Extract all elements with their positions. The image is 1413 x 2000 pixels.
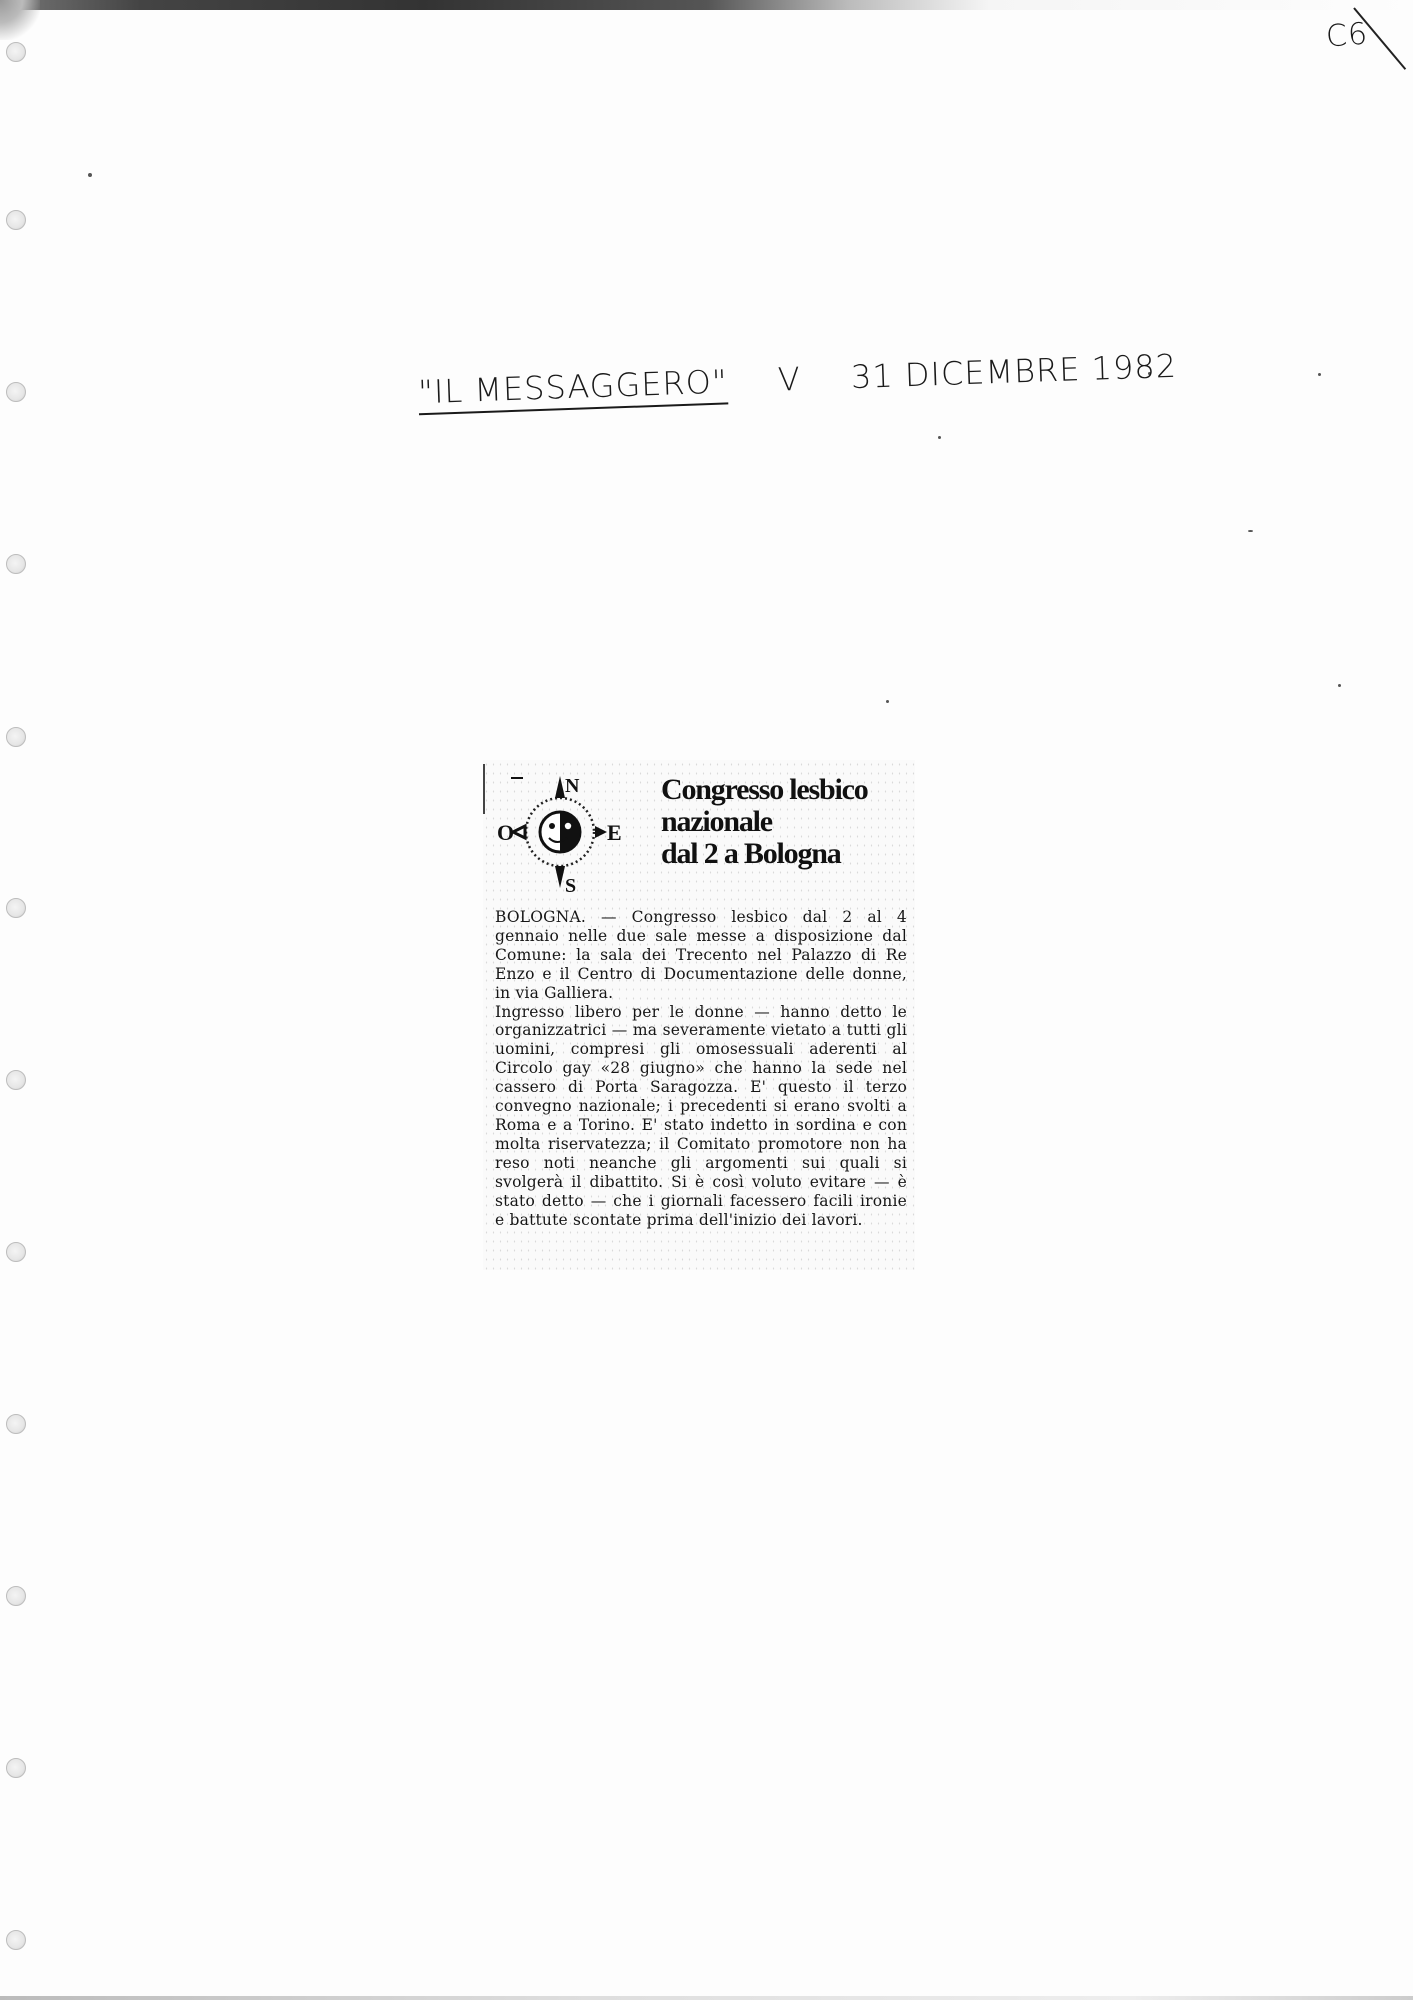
scan-speck — [1318, 373, 1321, 376]
punch-hole — [6, 1586, 26, 1606]
compass-west-label: O — [497, 820, 514, 845]
clipping-edge — [483, 764, 485, 814]
source-note: "IL MESSAGGERO" V 31 DICEMBRE 1982 — [418, 347, 1178, 411]
headline-line: nazionale — [661, 806, 911, 838]
scan-speck — [938, 436, 941, 439]
punch-hole — [6, 1758, 26, 1778]
source-date: 31 DICEMBRE 1982 — [850, 347, 1177, 396]
newspaper-name: "IL MESSAGGERO" — [418, 362, 729, 411]
scan-shadow-top — [0, 0, 1413, 10]
scan-speck — [1338, 684, 1341, 687]
compass-east-label: E — [607, 820, 622, 845]
compass-north-label: N — [565, 775, 580, 797]
compass-rose-icon: N O E S — [495, 770, 625, 895]
headline-line: Congresso lesbico — [661, 774, 911, 806]
catalogue-mark: C6 — [1325, 17, 1369, 55]
article-paragraph: BOLOGNA. — Congresso lesbico dal 2 al 4 … — [495, 908, 907, 1003]
punch-hole — [6, 1242, 26, 1262]
compass-south-label: S — [565, 875, 576, 895]
punch-hole — [6, 554, 26, 574]
punch-hole — [6, 1070, 26, 1090]
article-paragraph: Ingresso libero per le donne — hanno det… — [495, 1003, 907, 1230]
scan-speck — [88, 173, 92, 177]
punch-hole — [6, 727, 26, 747]
check-mark: V — [777, 360, 801, 399]
scan-speck — [886, 700, 889, 703]
newspaper-clipping: N O E S Congresso lesbico nazionale dal … — [483, 760, 915, 1270]
punch-hole — [6, 42, 26, 62]
punch-hole — [6, 1414, 26, 1434]
article-headline: Congresso lesbico nazionale dal 2 a Bolo… — [661, 774, 911, 870]
scan-shadow-bottom — [0, 1996, 1413, 2000]
headline-line: dal 2 a Bologna — [661, 838, 911, 870]
scan-shadow-corner — [0, 0, 40, 40]
punch-hole — [6, 382, 26, 402]
scan-speck — [1248, 530, 1253, 532]
punch-hole — [6, 210, 26, 230]
punch-hole — [6, 1930, 26, 1950]
punch-hole — [6, 898, 26, 918]
article-body: BOLOGNA. — Congresso lesbico dal 2 al 4 … — [495, 908, 907, 1229]
dateline: BOLOGNA. — — [495, 908, 617, 926]
